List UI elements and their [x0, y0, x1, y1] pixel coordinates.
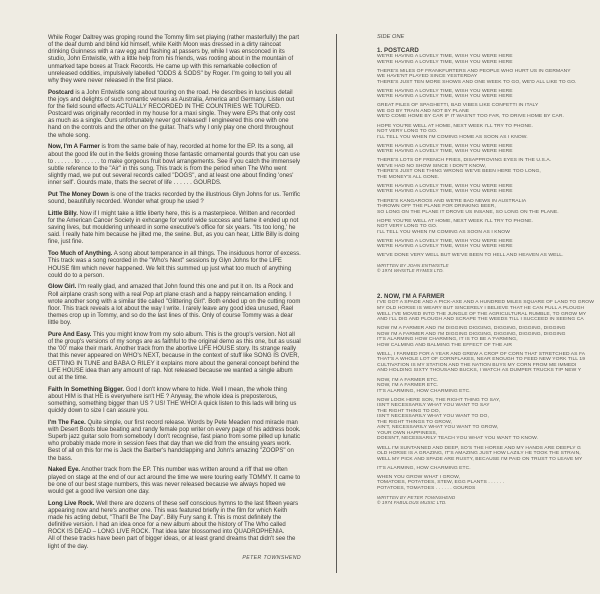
lyric-stanza: HOPE YOU'RE WELL AT HOME, NEXT WEEK I'LL… — [377, 124, 600, 141]
track-note-title: Too Much of Anything. — [48, 251, 112, 257]
lyric-stanza: GREAT PILES OF SPAGHETTI, BAD VIBES LIKE… — [377, 103, 600, 120]
track-note-paragraph: Too Much of Anything. A song about tempe… — [48, 251, 301, 280]
track-note-text: is a John Entwistle song about touring o… — [48, 90, 295, 139]
credit-line: © 1974 FABULOUS MUSIC LTD. — [377, 500, 600, 505]
intro-paragraph: While Roger Daltrey was groping round th… — [48, 35, 301, 85]
track-note-title: Postcard — [48, 90, 74, 96]
lyric-line: I'LL TELL YOU WHEN I'M COMING HOME AS SO… — [377, 135, 600, 141]
lyric-line: WE'RE HAVING A LOVELY TIME, WISH YOU WER… — [377, 60, 600, 66]
song-title: 2. NOW, I'M A FARMER — [377, 293, 600, 300]
track-note-paragraph: Naked Eye. Another track from the EP. Th… — [48, 467, 301, 496]
lyric-line: OLD HORSE IS A GRAZING, IT'S AMAZING JUS… — [377, 451, 600, 457]
lyric-stanza: NOW I'M A FARMER AND I'M DIGGING DIGGING… — [377, 326, 600, 348]
track-note-title: I'm The Face. — [48, 420, 86, 426]
signature: PETER TOWNSHEND — [48, 555, 301, 562]
lyric-line: WELL MY PICK AND SPADE ARE RUSTY, BECAUS… — [377, 457, 600, 463]
track-note-text: is from the same bale of hay, recorded a… — [48, 144, 300, 186]
lyric-stanza: NOW LOOK HERE SON, THE RIGHT THING TO SA… — [377, 398, 600, 442]
lyric-line: AND I'LL DIG AND PLOUGH AND SCRAPE THE W… — [377, 317, 600, 323]
lyric-line: WE'RE HAVING A LOVELY TIME, WISH YOU WER… — [377, 94, 600, 100]
track-note-paragraph: I'm The Face. Quite simple, our first re… — [48, 420, 301, 463]
lyric-line: WE'D COME HOME BY CAR IF IT WAS'NT TOO F… — [377, 114, 600, 120]
track-note-title: Glow Girl. — [48, 284, 76, 290]
song-lyrics: 2. NOW, I'M A FARMERI'VE GOT A SPADE AND… — [377, 293, 600, 505]
track-notes: Postcard is a John Entwistle song about … — [48, 90, 301, 537]
lyric-stanza: THERE'S KANGAROOS AND WE'RE BAD NEWS IN … — [377, 199, 600, 216]
song-title: 1. POSTCARD — [377, 47, 600, 54]
lyric-stanza: NOW, I'M A FARMER ETC.NOW, I'M A FARMER … — [377, 378, 600, 395]
lyric-stanza: WELL I'M SUNTANNED AND DEEP, SO'S THE HO… — [377, 446, 600, 463]
track-note-text: Another track from the EP. This number w… — [48, 467, 300, 494]
lyric-line: IT'S ALARMING, HOW CHARMING ETC. — [377, 466, 600, 472]
track-note-paragraph: Postcard is a John Entwistle song about … — [48, 90, 301, 140]
lyric-stanza: WHEN YOU GROW WHAT I GROW,TOMATOES, POTA… — [377, 475, 600, 492]
song-credit: WRITTEN BY JOHN ENTWISTLE© 1974 WHISTLE … — [377, 263, 600, 273]
liner-notes-column: While Roger Daltrey was groping round th… — [48, 35, 301, 562]
track-note-paragraph: Pure And Easy. This you might know from … — [48, 332, 301, 382]
lyric-stanza: WE'VE DONE VERY WELL BUT WE'VE BEEN TO H… — [377, 253, 600, 259]
track-note-paragraph: Faith In Something Bigger. God I don't k… — [48, 387, 301, 416]
lyric-line: DOESN'T, NECESSARILY TEACH YOU WHAT YOU … — [377, 436, 600, 442]
track-note-text: Quite simple, our first record release. … — [48, 420, 301, 462]
track-note-text: This you might know from my solo album. … — [48, 332, 301, 381]
lyrics-songs: 1. POSTCARDWE'RE HAVING A LOVELY TIME, W… — [377, 47, 600, 506]
lyric-line: THERE'S JUST TEN MORE SHOWS AND ONE WEEK… — [377, 80, 600, 86]
track-note-paragraph: Put The Money Down is one of the tracks … — [48, 192, 301, 206]
lyric-stanza: WE'RE HAVING A LOVELY TIME, WISH YOU WER… — [377, 89, 600, 100]
credit-line: © 1974 WHISTLE RYMES LTD. — [377, 268, 600, 273]
lyric-line: POTATOES, TOMATOES . . . . . . GOURDS — [377, 486, 600, 492]
track-note-text: Now if I might take a little liberty her… — [48, 211, 299, 246]
lyric-line: IT'S ALARMING, HOW CHARMING ETC. — [377, 389, 600, 395]
lyric-line: WE'RE HAVING A LOVELY TIME, WISH YOU WER… — [377, 189, 600, 195]
track-note-title: Little Billy. — [48, 211, 78, 217]
lyric-stanza: WE'RE HAVING A LOVELY TIME, WISH YOU WER… — [377, 144, 600, 155]
closing-paragraph: All of these tracks have been part of bi… — [48, 536, 301, 550]
lyric-line: WE'VE DONE VERY WELL BUT WE'VE BEEN TO H… — [377, 253, 600, 259]
lyric-stanza: WE'RE HAVING A LOVELY TIME, WISH YOU WER… — [377, 239, 600, 250]
lyric-stanza: THERE'S LOTS OF FRENCH FRIES, DISAPPROVI… — [377, 158, 600, 180]
lyric-stanza: WE'RE HAVING A LOVELY TIME, WISH YOU WER… — [377, 184, 600, 195]
track-note-title: Naked Eye. — [48, 467, 80, 473]
lyric-stanza: IT'S ALARMING, HOW CHARMING ETC. — [377, 466, 600, 472]
lyric-stanza: HOPE YOU'RE WELL AT HOME, NEXT WEEK I'LL… — [377, 219, 600, 236]
song-credit: WRITTEN BY PETER TOWNSHEND© 1974 FABULOU… — [377, 495, 600, 505]
track-note-title: Now, I'm A Farmer — [48, 144, 100, 150]
lyric-stanza: WELL, I FARMED FOR A YEAR AND GREW A CRO… — [377, 352, 600, 374]
lyric-line: WE'RE HAVING A LOVELY TIME, WISH YOU WER… — [377, 149, 600, 155]
track-note-paragraph: Glow Girl. I'm really glad, and amazed t… — [48, 284, 301, 327]
lyric-stanza: I'VE GOT A SPADE AND A PICK-AXE AND A HU… — [377, 300, 600, 322]
track-note-paragraph: Long Live Rock. Well there are dozens of… — [48, 501, 301, 537]
track-note-text: I'm really glad, and amazed that John fo… — [48, 284, 300, 326]
lyric-line: WE'RE HAVING A LOVELY TIME, WISH YOU WER… — [377, 244, 600, 250]
track-note-title: Long Live Rock. — [48, 501, 94, 507]
column-divider — [336, 34, 337, 573]
side-label: SIDE ONE — [377, 35, 600, 41]
lyric-line: MY OLD HORSE IS WEARY BUT SINCERELY I BE… — [377, 306, 600, 312]
lyric-stanza: WE'RE HAVING A LOVELY TIME, WISH YOU WER… — [377, 54, 600, 65]
lyric-line: HOW CALMING AND BALMING THE EFFECT OF TH… — [377, 343, 600, 349]
track-note-paragraph: Little Billy. Now if I might take a litt… — [48, 211, 301, 247]
track-note-title: Faith In Something Bigger. — [48, 387, 124, 393]
track-note-title: Pure And Easy. — [48, 332, 91, 338]
lyrics-column: SIDE ONE 1. POSTCARDWE'RE HAVING A LOVEL… — [377, 35, 600, 505]
lyric-line: AND HOLDING SIXTY THOUSAND BUCKS, I WATC… — [377, 368, 600, 374]
track-note-title: Put The Money Down — [48, 192, 109, 198]
lyric-line: SO LONG ON THE PLANE IT DROVE US INSANE,… — [377, 210, 600, 216]
lyric-line: I'LL TELL YOU WHEN I'M COMING AS SOON AS… — [377, 230, 600, 236]
track-note-paragraph: Now, I'm A Farmer is from the same bale … — [48, 144, 301, 187]
lyric-line: THE MONEY'S ALL GONE. — [377, 175, 600, 181]
lyric-stanza: THERE'S MILES OF FRANKFURTERS AND PEOPLE… — [377, 69, 600, 86]
song-lyrics: 1. POSTCARDWE'RE HAVING A LOVELY TIME, W… — [377, 47, 600, 273]
